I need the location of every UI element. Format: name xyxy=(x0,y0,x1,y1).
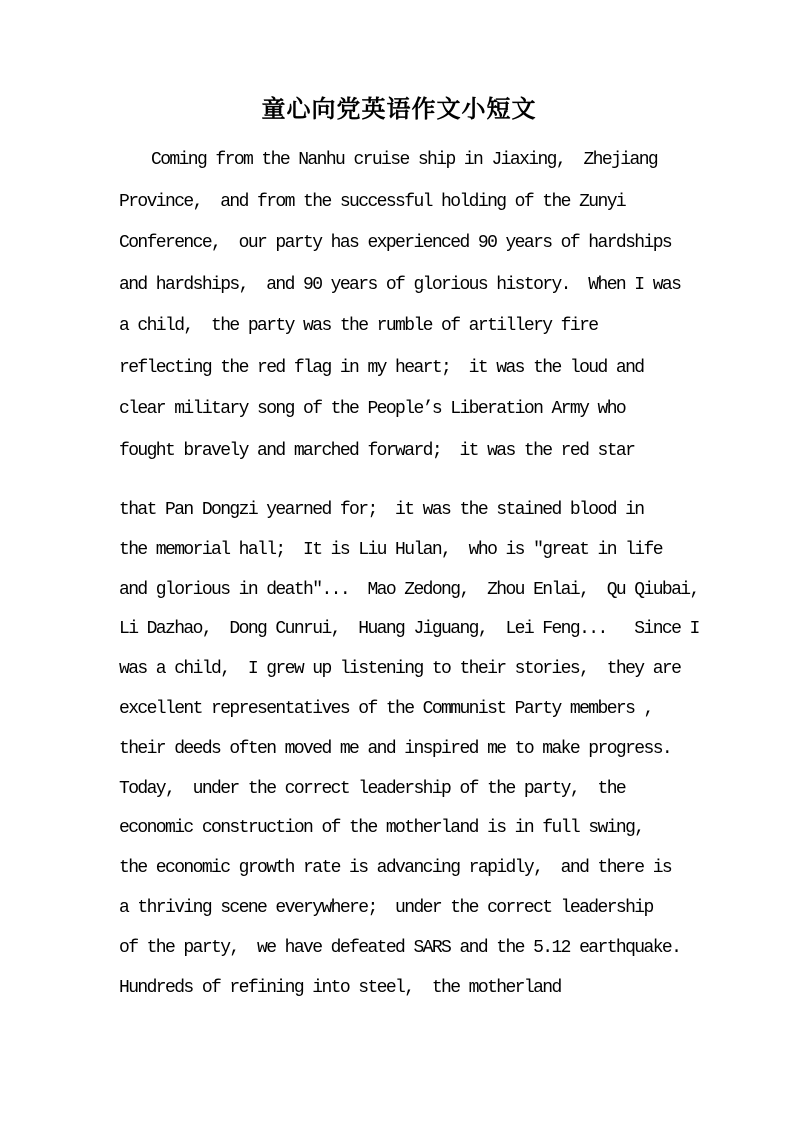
text-line: that Pan Dongzi yearned for; it was the … xyxy=(119,491,679,531)
text-line: clear military song of the People’s Libe… xyxy=(119,389,679,431)
text-line: a thriving scene everywhere; under the c… xyxy=(119,889,679,929)
text-line: and glorious in death″... Mao Zedong, Zh… xyxy=(119,571,679,611)
text-line: Li Dazhao, Dong Cunrui, Huang Jiguang, L… xyxy=(119,610,679,650)
text-line: Coming from the Nanhu cruise ship in Jia… xyxy=(119,140,679,182)
text-line: the economic growth rate is advancing ra… xyxy=(119,849,679,889)
document-page: 童心向党英语作文小短文 Coming from the Nanhu cruise… xyxy=(0,0,793,1122)
text-line: Province, and from the successful holdin… xyxy=(119,182,679,224)
document-body: Coming from the Nanhu cruise ship in Jia… xyxy=(119,140,679,1008)
text-line: Conference, our party has experienced 90… xyxy=(119,223,679,265)
text-line: of the party, we have defeated SARS and … xyxy=(119,929,679,969)
document-content: 童心向党英语作文小短文 Coming from the Nanhu cruise… xyxy=(119,0,679,1008)
text-line: excellent representatives of the Communi… xyxy=(119,690,679,730)
text-line: Today, under the correct leadership of t… xyxy=(119,770,679,810)
text-line: economic construction of the motherland … xyxy=(119,809,679,849)
text-line: fought bravely and marched forward; it w… xyxy=(119,431,679,473)
text-line: Hundreds of refining into steel, the mot… xyxy=(119,969,679,1009)
text-line: their deeds often moved me and inspired … xyxy=(119,730,679,770)
text-line: reflecting the red flag in my heart; it … xyxy=(119,348,679,390)
paragraph: that Pan Dongzi yearned for; it was the … xyxy=(119,491,679,1008)
text-line: and hardships, and 90 years of glorious … xyxy=(119,265,679,307)
text-line: was a child, I grew up listening to thei… xyxy=(119,650,679,690)
page-title: 童心向党英语作文小短文 xyxy=(119,92,679,126)
text-line: the memorial hall; It is Liu Hulan, who … xyxy=(119,531,679,571)
paragraph: Coming from the Nanhu cruise ship in Jia… xyxy=(119,140,679,472)
text-line: a child, the party was the rumble of art… xyxy=(119,306,679,348)
